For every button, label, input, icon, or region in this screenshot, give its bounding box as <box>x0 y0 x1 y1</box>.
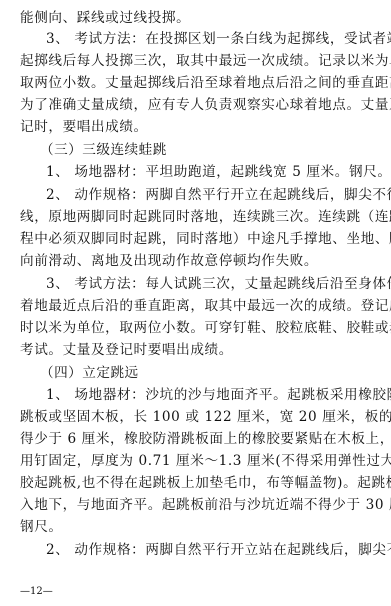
text-line: 钢尺。 <box>20 518 376 536</box>
text-line: 为了准确丈量成绩，应有专人负责观察实心球着地点。丈量及登 <box>20 96 376 114</box>
text-line: 考试。丈量及登记时要唱出成绩。 <box>20 341 376 359</box>
text-line: 3、 考试方法：每人试跳三次，丈量起跳线后沿至身体任何 <box>46 275 376 293</box>
text-line: 能侧向、踩线或过线投掷。 <box>20 9 376 27</box>
text-line: 胶起跳板,也不得在起跳板上加垫毛巾，布等幅盖物)。起跳板埋 <box>20 474 376 492</box>
section-heading: （四）立定跳远 <box>40 364 139 382</box>
text-line: 用钉固定，厚度为 0.71 厘米～1.3 厘米(不得采用弹性过大的纯 <box>20 452 376 470</box>
text-line: 程中必须双脚同时起跳，同时落地）中途凡手撑地、坐地、脚掌 <box>20 230 376 248</box>
section-heading: （三）三级连续蛙跳 <box>40 141 167 159</box>
text-line: 着地最近点后沿的垂直距离，取其中最远一次的成绩。登记成绩 <box>20 297 376 315</box>
text-line: 2、 动作规格：两脚自然平行开立在起跳线后，脚尖不得踩 <box>46 186 376 204</box>
document-page: 能侧向、踩线或过线投掷。3、 考试方法：在投掷区划一条白线为起掷线，受试者站在起… <box>0 0 391 606</box>
text-line: 记时，要唱出成绩。 <box>20 118 376 136</box>
text-line: 1、 场地器材：沙坑的沙与地面齐平。起跳板采用橡胶防滑 <box>46 386 376 404</box>
text-line: 1、 场地器材：平坦助跑道，起跳线宽 5 厘米。钢尺。 <box>46 163 376 181</box>
page-number: —12— <box>20 586 53 598</box>
text-line: 2、 动作规格：两脚自然平行开立站在起跳线后，脚尖不得 <box>46 541 376 559</box>
text-line: 起掷线后每人投掷三次，取其中最远一次成绩。记录以米为单位； <box>20 52 376 70</box>
text-line: 入地下，与地面齐平。起跳板前沿与沙坑近端不得少于 30 厘米， <box>20 496 376 514</box>
text-line: 取两位小数。丈量起掷线后沿至球着地点后沿之间的垂直距离， <box>20 74 376 92</box>
text-line: 得少于 6 厘米，橡胶防滑跳板面上的橡胶要紧贴在木板上，不得 <box>20 430 376 448</box>
text-line: 跳板或坚固木板，长 100 或 122 厘米，宽 20 厘米，板的厚度不 <box>20 408 376 426</box>
text-line: 向前滑动、离地及出现动作故意停顿均作失败。 <box>20 252 376 270</box>
text-line: 3、 考试方法：在投掷区划一条白线为起掷线，受试者站在 <box>46 30 376 48</box>
text-line: 线，原地两脚同时起跳同时落地，连续跳三次。连续跳（连跳过 <box>20 208 376 226</box>
text-line: 时以米为单位，取两位小数。可穿钉鞋、胶粒底鞋、胶鞋或赤脚 <box>20 319 376 337</box>
